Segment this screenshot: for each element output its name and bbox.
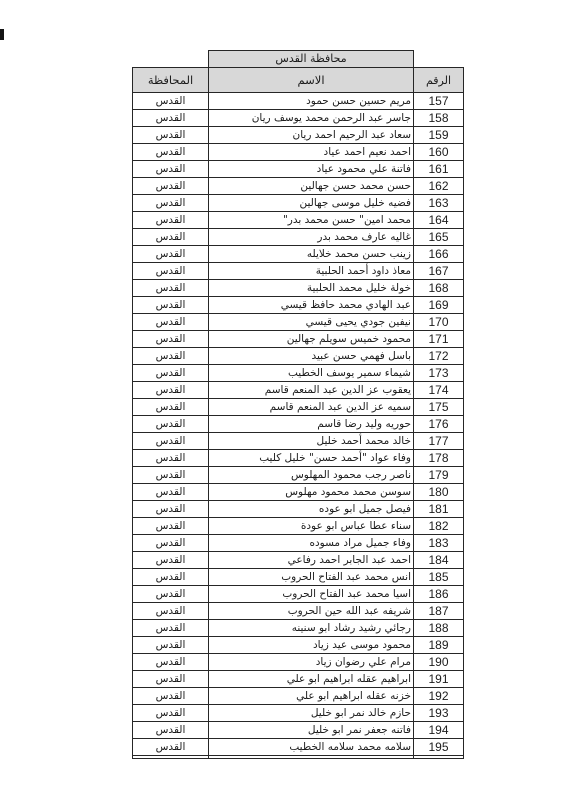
row-name-cell: حسن محمد حسن جهالين (209, 178, 414, 195)
row-governorate-cell: القدس (133, 450, 209, 467)
row-name-cell: اسيا محمد عبد الفتاح الحروب (209, 586, 414, 603)
row-number-cell: 162 (414, 178, 464, 195)
row-name-cell: خولة خليل محمد الحلبية (209, 280, 414, 297)
row-governorate-cell: القدس (133, 212, 209, 229)
table-body: محافظة القدس الرقم الاسم المحافظة 157مري… (133, 51, 464, 759)
row-name-cell: مريم حسين حسن حمود (209, 93, 414, 110)
table-bottom-border-cell (414, 756, 464, 759)
row-name-cell: شريفه عبد الله حين الحروب (209, 603, 414, 620)
table-row: 178وفاء عواد "أحمد حسن" خليل كليبالقدس (133, 450, 464, 467)
table-row: 188رجائي رشيد رشاد ابو سنينهالقدس (133, 620, 464, 637)
table-row: 161فاتنة علي محمود عيادالقدس (133, 161, 464, 178)
table-row: 162حسن محمد حسن جهالينالقدس (133, 178, 464, 195)
row-number-cell: 169 (414, 297, 464, 314)
table-row: 158جاسر عبد الرحمن محمد يوسف ريانالقدس (133, 110, 464, 127)
row-governorate-cell: القدس (133, 552, 209, 569)
row-name-cell: انس محمد عبد الفتاح الحروب (209, 569, 414, 586)
row-number-cell: 168 (414, 280, 464, 297)
table-row: 195سلامه محمد سلامه الخطيبالقدس (133, 739, 464, 756)
row-name-cell: حوريه وليد رضا قاسم (209, 416, 414, 433)
row-name-cell: يعقوب عز الدين عبد المنعم قاسم (209, 382, 414, 399)
table-row: 187شريفه عبد الله حين الحروبالقدس (133, 603, 464, 620)
table-row: 183وفاء جميل مراد مسودهالقدس (133, 535, 464, 552)
row-name-cell: احمد نعيم احمد عياد (209, 144, 414, 161)
row-name-cell: سميه عز الدين عبد المنعم قاسم (209, 399, 414, 416)
row-governorate-cell: القدس (133, 110, 209, 127)
row-governorate-cell: القدس (133, 348, 209, 365)
row-number-cell: 182 (414, 518, 464, 535)
row-name-cell: سناء عطا عباس ابو عودة (209, 518, 414, 535)
table-row: 177خالد محمد أحمد خليلالقدس (133, 433, 464, 450)
row-name-cell: سعاد عبد الرحيم احمد ريان (209, 127, 414, 144)
page: { "colors": { "header_bg": "#d8d8d8", "b… (0, 0, 565, 800)
table-row: 184احمد عبد الجابر احمد رفاعيالقدس (133, 552, 464, 569)
row-number-cell: 159 (414, 127, 464, 144)
row-number-cell: 194 (414, 722, 464, 739)
row-number-cell: 177 (414, 433, 464, 450)
row-number-cell: 193 (414, 705, 464, 722)
table-row: 166زينب حسن محمد خلايلهالقدس (133, 246, 464, 263)
table-title-row: محافظة القدس (133, 51, 464, 68)
row-name-cell: غاليه عارف محمد بدر (209, 229, 414, 246)
table-row: 181فيصل جميل ابو عودهالقدس (133, 501, 464, 518)
table-bottom-border-cell (133, 756, 209, 759)
row-name-cell: سلامه محمد سلامه الخطيب (209, 739, 414, 756)
row-governorate-cell: القدس (133, 161, 209, 178)
row-governorate-cell: القدس (133, 365, 209, 382)
row-governorate-cell: القدس (133, 722, 209, 739)
row-name-cell: باسل فهمي حسن عبيد (209, 348, 414, 365)
row-governorate-cell: القدس (133, 671, 209, 688)
row-name-cell: وفاء عواد "أحمد حسن" خليل كليب (209, 450, 414, 467)
row-governorate-cell: القدس (133, 569, 209, 586)
row-number-cell: 181 (414, 501, 464, 518)
table-row: 176حوريه وليد رضا قاسمالقدس (133, 416, 464, 433)
row-name-cell: زينب حسن محمد خلايله (209, 246, 414, 263)
row-number-cell: 167 (414, 263, 464, 280)
row-number-cell: 188 (414, 620, 464, 637)
table-row: 164محمد امين" حسن محمد بدر"القدس (133, 212, 464, 229)
table-bottom-double-border (133, 756, 464, 759)
row-governorate-cell: القدس (133, 535, 209, 552)
table-row: 170نيفين جودي يحيى قيسيالقدس (133, 314, 464, 331)
row-number-cell: 157 (414, 93, 464, 110)
row-number-cell: 190 (414, 654, 464, 671)
row-number-cell: 186 (414, 586, 464, 603)
row-name-cell: جاسر عبد الرحمن محمد يوسف ريان (209, 110, 414, 127)
row-name-cell: خزنه عقله ابراهيم ابو علي (209, 688, 414, 705)
row-number-cell: 192 (414, 688, 464, 705)
row-governorate-cell: القدس (133, 416, 209, 433)
column-header-name: الاسم (209, 68, 414, 93)
row-number-cell: 187 (414, 603, 464, 620)
row-number-cell: 174 (414, 382, 464, 399)
table-row: 182سناء عطا عباس ابو عودةالقدس (133, 518, 464, 535)
row-governorate-cell: القدس (133, 688, 209, 705)
table-row: 190مرام علي رضوان زيادالقدس (133, 654, 464, 671)
row-number-cell: 172 (414, 348, 464, 365)
table-row: 180سوسن محمد محمود مهلوسالقدس (133, 484, 464, 501)
row-name-cell: عبد الهادي محمد حافظ قيسي (209, 297, 414, 314)
row-name-cell: رجائي رشيد رشاد ابو سنينه (209, 620, 414, 637)
table-row: 189محمود موسى عيد زيادالقدس (133, 637, 464, 654)
row-name-cell: محمود خميس سويلم جهالين (209, 331, 414, 348)
row-number-cell: 184 (414, 552, 464, 569)
row-governorate-cell: القدس (133, 467, 209, 484)
row-name-cell: شيماء سمير يوسف الخطيب (209, 365, 414, 382)
row-name-cell: محمد امين" حسن محمد بدر" (209, 212, 414, 229)
table-row: 191ابراهيم عقله ابراهيم ابو عليالقدس (133, 671, 464, 688)
row-name-cell: ناصر رجب محمود المهلوس (209, 467, 414, 484)
row-number-cell: 160 (414, 144, 464, 161)
table-row: 167معاذ داود أحمد الحلبيةالقدس (133, 263, 464, 280)
empty-cell-above-governorate (133, 51, 209, 68)
column-header-number: الرقم (414, 68, 464, 93)
row-name-cell: احمد عبد الجابر احمد رفاعي (209, 552, 414, 569)
row-name-cell: فيصل جميل ابو عوده (209, 501, 414, 518)
table-row: 192خزنه عقله ابراهيم ابو عليالقدس (133, 688, 464, 705)
row-number-cell: 165 (414, 229, 464, 246)
row-number-cell: 185 (414, 569, 464, 586)
table-bottom-border-cell (209, 756, 414, 759)
row-name-cell: محمود موسى عيد زياد (209, 637, 414, 654)
governorate-roster-table: محافظة القدس الرقم الاسم المحافظة 157مري… (132, 50, 464, 759)
row-governorate-cell: القدس (133, 399, 209, 416)
table-row: 185انس محمد عبد الفتاح الحروبالقدس (133, 569, 464, 586)
row-number-cell: 175 (414, 399, 464, 416)
row-governorate-cell: القدس (133, 263, 209, 280)
table-row: 193حازم خالد نمر ابو خليلالقدس (133, 705, 464, 722)
column-header-governorate: المحافظة (133, 68, 209, 93)
table-row: 179ناصر رجب محمود المهلوسالقدس (133, 467, 464, 484)
row-governorate-cell: القدس (133, 518, 209, 535)
scan-artifact-mark (0, 29, 4, 40)
row-governorate-cell: القدس (133, 229, 209, 246)
row-governorate-cell: القدس (133, 314, 209, 331)
row-number-cell: 161 (414, 161, 464, 178)
row-name-cell: وفاء جميل مراد مسوده (209, 535, 414, 552)
row-governorate-cell: القدس (133, 195, 209, 212)
row-number-cell: 158 (414, 110, 464, 127)
row-name-cell: معاذ داود أحمد الحلبية (209, 263, 414, 280)
row-name-cell: خالد محمد أحمد خليل (209, 433, 414, 450)
table-row: 172باسل فهمي حسن عبيدالقدس (133, 348, 464, 365)
row-governorate-cell: القدس (133, 280, 209, 297)
row-name-cell: فاتنة علي محمود عياد (209, 161, 414, 178)
row-governorate-cell: القدس (133, 297, 209, 314)
table-title-cell: محافظة القدس (209, 51, 414, 68)
row-number-cell: 170 (414, 314, 464, 331)
row-governorate-cell: القدس (133, 127, 209, 144)
row-name-cell: فاتنه جعفر نمر ابو خليل (209, 722, 414, 739)
row-governorate-cell: القدس (133, 382, 209, 399)
row-number-cell: 164 (414, 212, 464, 229)
table-row: 173شيماء سمير يوسف الخطيبالقدس (133, 365, 464, 382)
row-number-cell: 173 (414, 365, 464, 382)
row-number-cell: 191 (414, 671, 464, 688)
row-governorate-cell: القدس (133, 620, 209, 637)
table-row: 168خولة خليل محمد الحلبيةالقدس (133, 280, 464, 297)
row-number-cell: 176 (414, 416, 464, 433)
row-name-cell: مرام علي رضوان زياد (209, 654, 414, 671)
row-governorate-cell: القدس (133, 484, 209, 501)
row-number-cell: 180 (414, 484, 464, 501)
row-number-cell: 195 (414, 739, 464, 756)
empty-cell-above-number (414, 51, 464, 68)
row-governorate-cell: القدس (133, 603, 209, 620)
row-governorate-cell: القدس (133, 144, 209, 161)
table-row: 194فاتنه جعفر نمر ابو خليلالقدس (133, 722, 464, 739)
table-row: 163فضيه خليل موسى جهالينالقدس (133, 195, 464, 212)
row-governorate-cell: القدس (133, 705, 209, 722)
row-number-cell: 178 (414, 450, 464, 467)
table-row: 175سميه عز الدين عبد المنعم قاسمالقدس (133, 399, 464, 416)
table-row: 186اسيا محمد عبد الفتاح الحروبالقدس (133, 586, 464, 603)
row-governorate-cell: القدس (133, 433, 209, 450)
row-governorate-cell: القدس (133, 331, 209, 348)
row-name-cell: فضيه خليل موسى جهالين (209, 195, 414, 212)
row-governorate-cell: القدس (133, 501, 209, 518)
row-number-cell: 183 (414, 535, 464, 552)
table-row: 157مريم حسين حسن حمودالقدس (133, 93, 464, 110)
table-row: 169عبد الهادي محمد حافظ قيسيالقدس (133, 297, 464, 314)
table-row: 159سعاد عبد الرحيم احمد ريانالقدس (133, 127, 464, 144)
row-number-cell: 189 (414, 637, 464, 654)
row-governorate-cell: القدس (133, 739, 209, 756)
table-row: 174يعقوب عز الدين عبد المنعم قاسمالقدس (133, 382, 464, 399)
table-row: 160احمد نعيم احمد عيادالقدس (133, 144, 464, 161)
row-governorate-cell: القدس (133, 178, 209, 195)
row-name-cell: حازم خالد نمر ابو خليل (209, 705, 414, 722)
row-governorate-cell: القدس (133, 246, 209, 263)
row-number-cell: 179 (414, 467, 464, 484)
row-name-cell: سوسن محمد محمود مهلوس (209, 484, 414, 501)
row-name-cell: نيفين جودي يحيى قيسي (209, 314, 414, 331)
table-row: 165غاليه عارف محمد بدرالقدس (133, 229, 464, 246)
row-name-cell: ابراهيم عقله ابراهيم ابو علي (209, 671, 414, 688)
row-number-cell: 171 (414, 331, 464, 348)
table-row: 171محمود خميس سويلم جهالينالقدس (133, 331, 464, 348)
row-governorate-cell: القدس (133, 586, 209, 603)
row-governorate-cell: القدس (133, 654, 209, 671)
row-number-cell: 163 (414, 195, 464, 212)
table-header-row: الرقم الاسم المحافظة (133, 68, 464, 93)
row-governorate-cell: القدس (133, 93, 209, 110)
row-governorate-cell: القدس (133, 637, 209, 654)
row-number-cell: 166 (414, 246, 464, 263)
